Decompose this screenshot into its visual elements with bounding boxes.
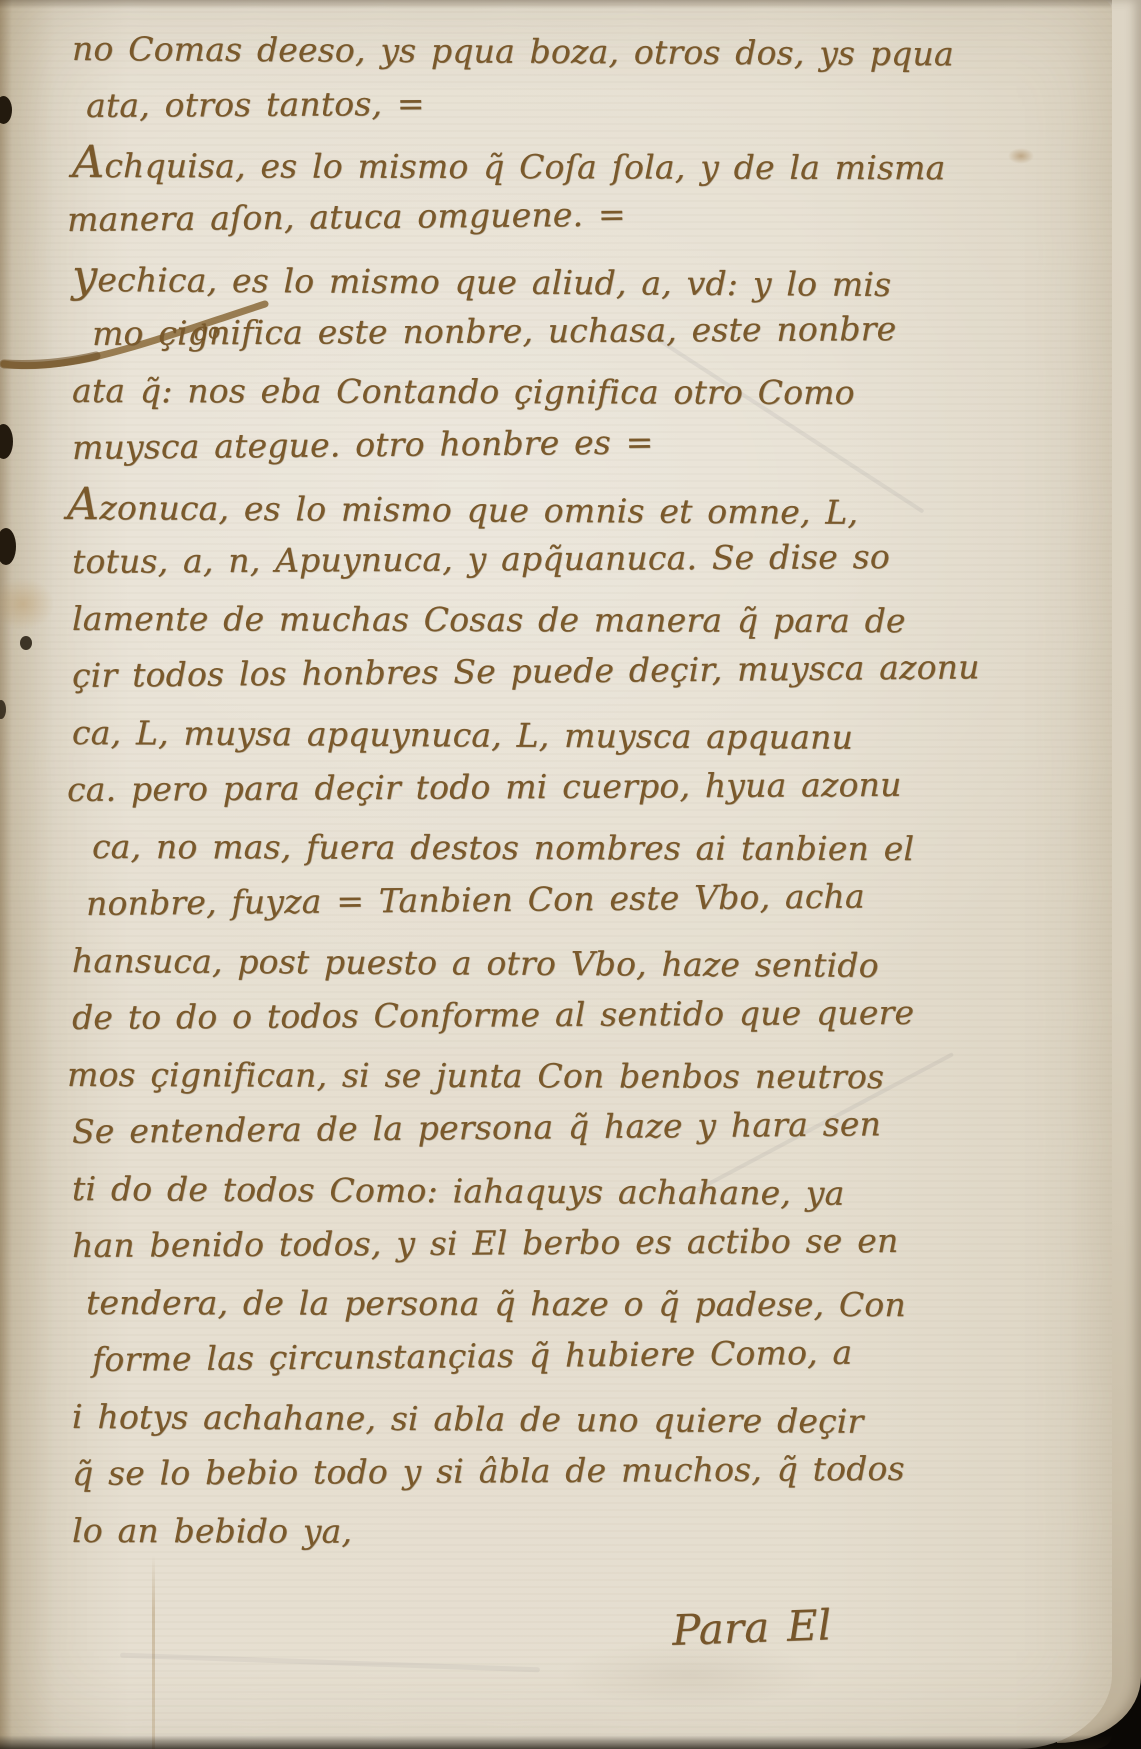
manuscript-line: manera aſon, atuca omguene. = — [67, 183, 953, 248]
manuscript-line: forme las çircunstançias q̃ hubiere Como… — [92, 1323, 953, 1388]
binding-ink-spot — [20, 636, 32, 650]
manuscript-photo: no Comas deeso, ys pqua boza, otros dos,… — [0, 0, 1141, 1749]
binding-ink-spot — [0, 528, 16, 565]
binding-ink-spot — [0, 96, 12, 124]
manuscript-line: çir todos los honbres Se puede deçir, mu… — [72, 639, 953, 704]
manuscript-text: no Comas deeso, ys pqua boza, otros dos,… — [72, 20, 952, 1650]
catchword: Para El — [671, 1596, 953, 1655]
paper-stain — [1008, 148, 1034, 164]
manuscript-line: Se entendera de la persona q̃ haze y har… — [72, 1095, 953, 1160]
manuscript-line: muysca ategue. otro honbre es = — [72, 411, 953, 476]
manuscript-line: nonbre, fuyza = Tanbien Con este Vbo, ac… — [86, 867, 953, 932]
page-top-shadow — [0, 0, 1112, 9]
binding-ink-spot — [0, 424, 13, 459]
manuscript-line: han benido todos, y si El berbo es actib… — [72, 1212, 952, 1274]
manuscript-line: de to do o todos Conforme al sentido que… — [72, 984, 952, 1046]
manuscript-line: q̃ se lo bebio todo y si âbla de muchos,… — [72, 1440, 952, 1502]
manuscript-line: ca. pero para deçir todo mi cuerpo, hyua… — [67, 756, 952, 818]
manuscript-line: ata, otros tantos, = — [86, 72, 952, 134]
manuscript-page: no Comas deeso, ys pqua boza, otros dos,… — [0, 0, 1112, 1749]
manuscript-line: lo an bebido ya, — [72, 1502, 952, 1561]
paper-stain — [0, 578, 54, 630]
interlinear-insertion: do — [192, 318, 222, 345]
show-through-smudge — [120, 1653, 540, 1673]
manuscript-line: totus, a, n, Apuynuca, y apq̃uanuca. Se … — [72, 528, 952, 590]
binding-ink-spot — [0, 700, 6, 719]
page-bottom-shadow — [0, 1735, 1112, 1749]
